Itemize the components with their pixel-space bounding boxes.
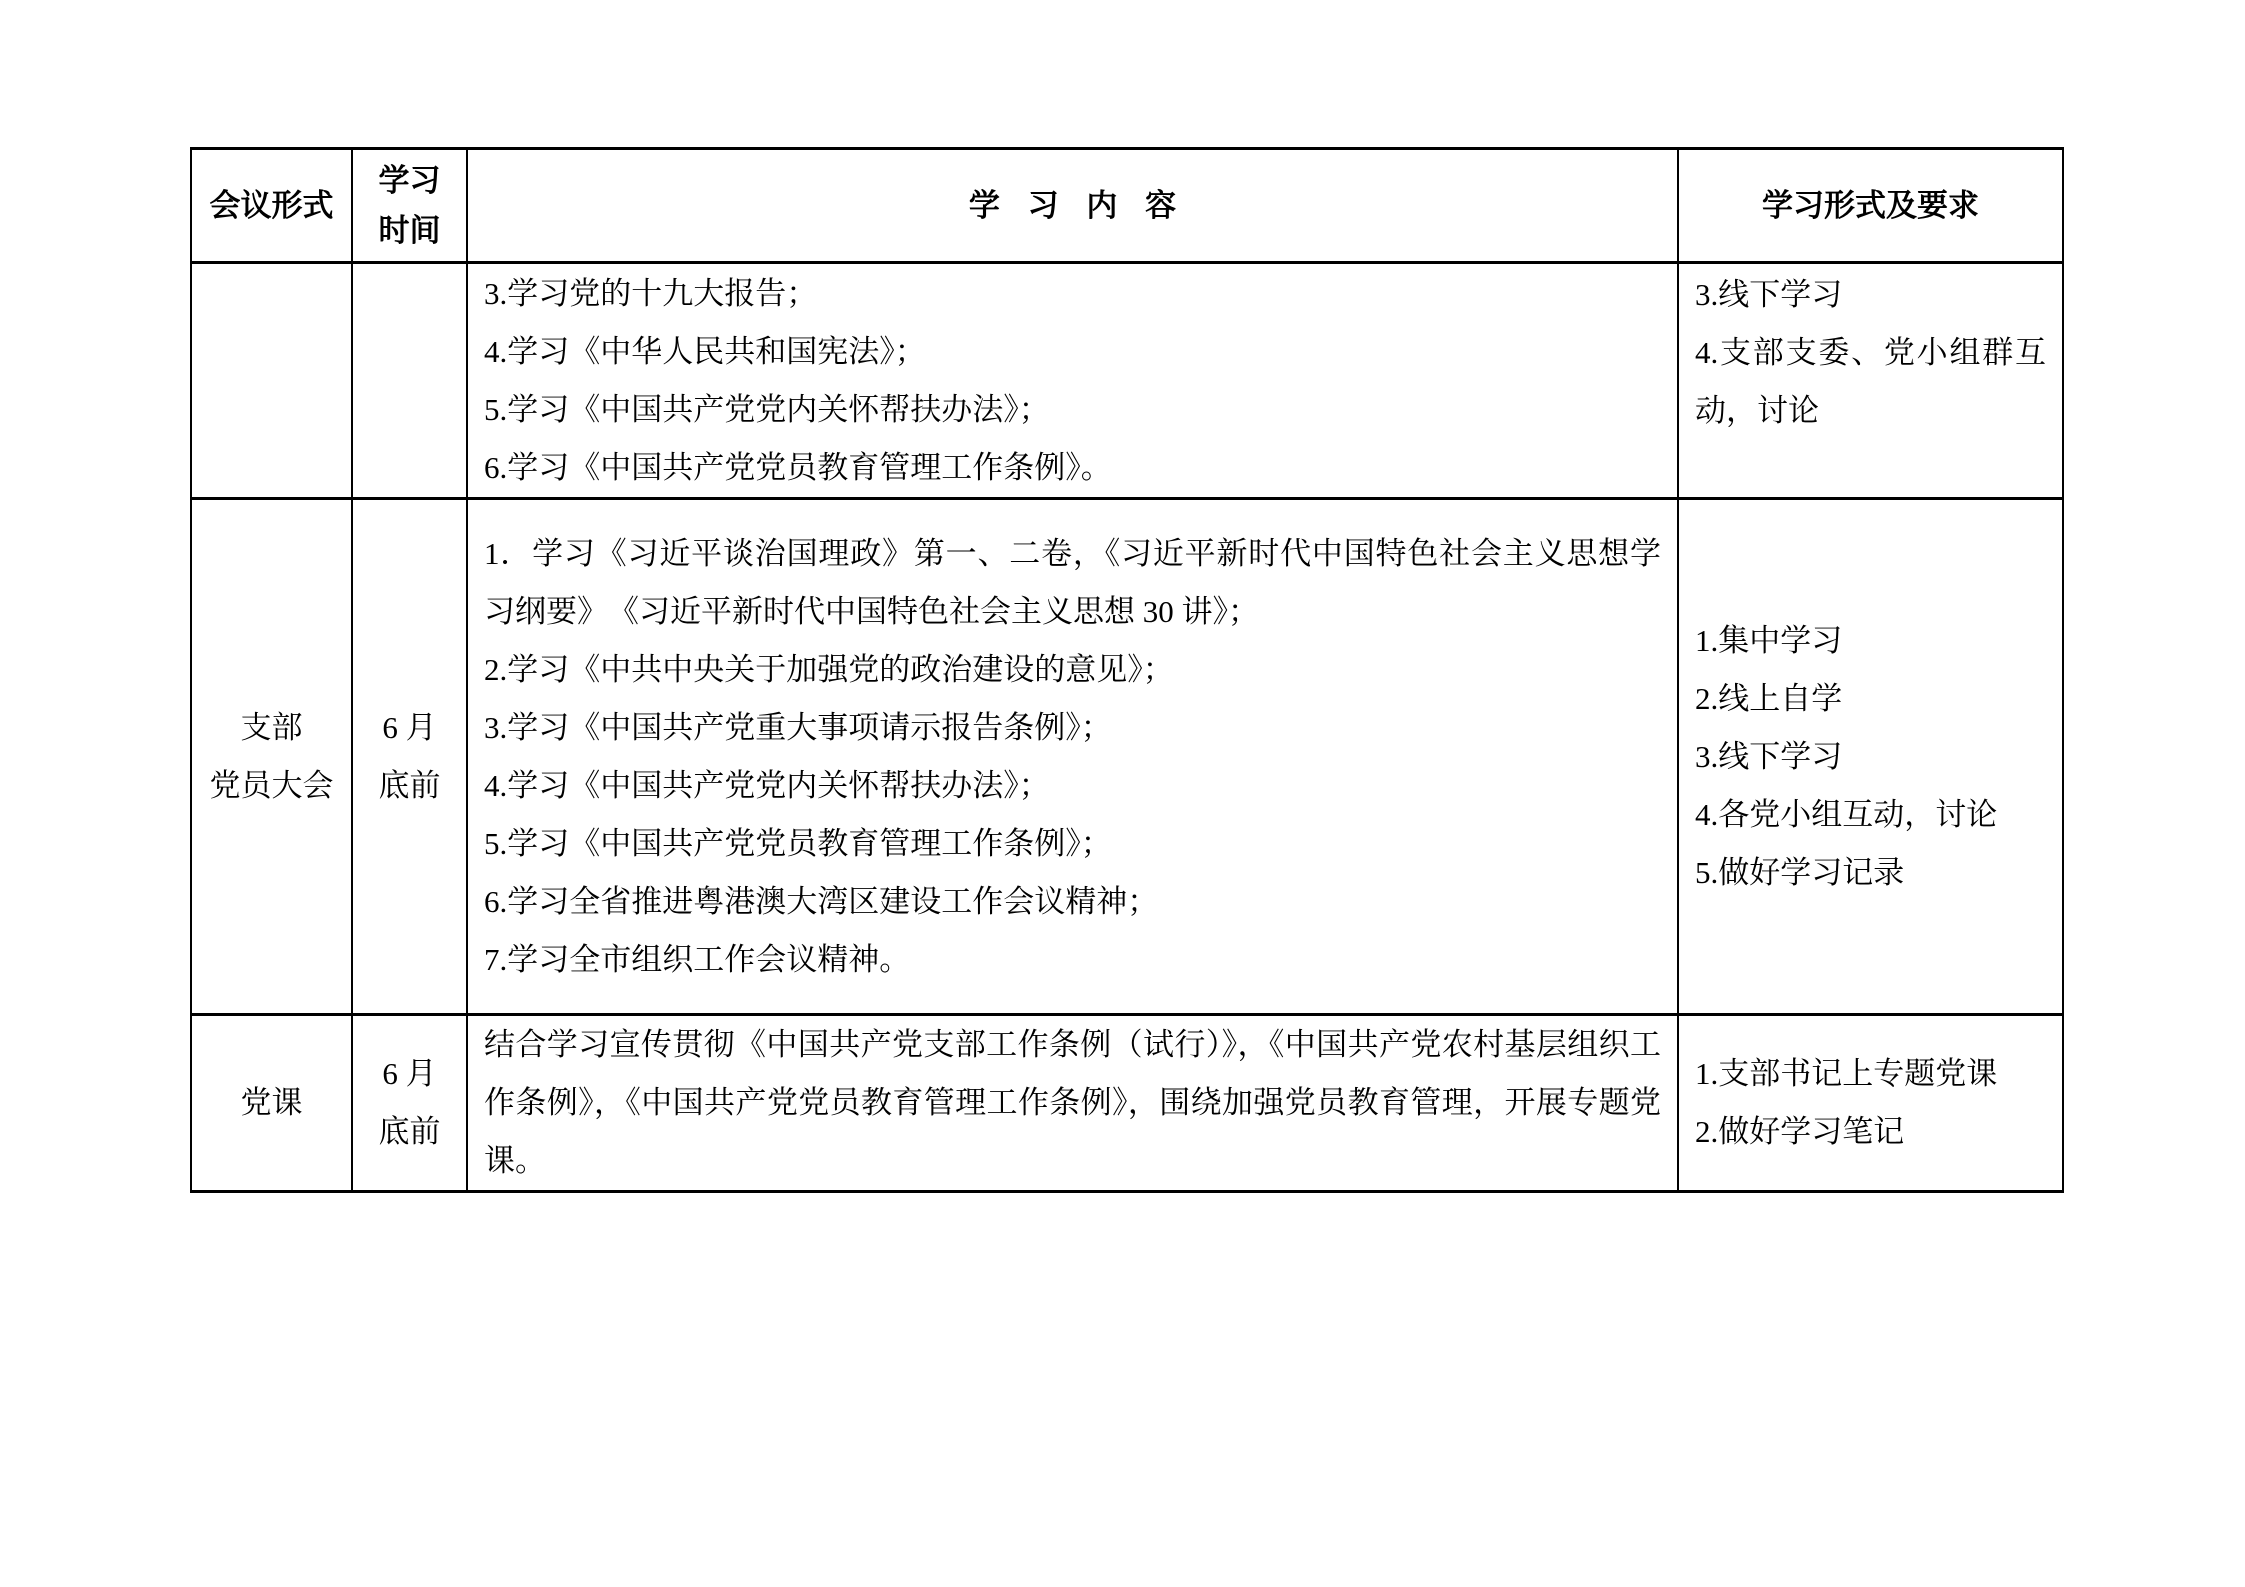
header-study-content: 学 习 内 容	[467, 149, 1678, 263]
requirement-item: 4.支部支委、党小组群互动，讨论	[1695, 324, 2046, 440]
row3-meeting-form-cell: 党课	[191, 1015, 352, 1192]
row2-meeting-form-cell: 支部 党员大会	[191, 499, 352, 1015]
row3-study-time-cell: 6 月 底前	[352, 1015, 467, 1192]
meeting-form-line: 支部	[192, 699, 351, 757]
content-item: 6.学习《中国共产党党员教育管理工作条例》。	[484, 439, 1661, 497]
table-header-row: 会议形式 学习 时间 学 习 内 容 学习形式及要求	[191, 149, 2063, 263]
requirement-item: 3.线下学习	[1695, 728, 2046, 786]
row1-study-time-cell	[352, 263, 467, 499]
row3-content-cell: 结合学习宣传贯彻《中国共产党支部工作条例（试行）》，《中国共产党农村基层组织工作…	[467, 1015, 1678, 1192]
study-time-line: 6 月	[353, 699, 466, 757]
study-time-line: 底前	[353, 1103, 466, 1161]
content-item: 1．学习《习近平谈治国理政》第一、二卷，《习近平新时代中国特色社会主义思想学习纲…	[484, 525, 1661, 641]
content-item: 7.学习全市组织工作会议精神。	[484, 931, 1661, 989]
content-item: 2.学习《中共中央关于加强党的政治建设的意见》；	[484, 641, 1661, 699]
row1-meeting-form-cell	[191, 263, 352, 499]
content-paragraph: 结合学习宣传贯彻《中国共产党支部工作条例（试行）》，《中国共产党农村基层组织工作…	[484, 1016, 1661, 1190]
study-time-line: 底前	[353, 757, 466, 815]
row1-content-cell: 3.学习党的十九大报告； 4.学习《中华人民共和国宪法》； 5.学习《中国共产党…	[467, 263, 1678, 499]
content-item: 4.学习《中国共产党党内关怀帮扶办法》；	[484, 757, 1661, 815]
content-item: 6.学习全省推进粤港澳大湾区建设工作会议精神；	[484, 873, 1661, 931]
requirement-item: 1.支部书记上专题党课	[1695, 1045, 2046, 1103]
header-meeting-form: 会议形式	[191, 149, 352, 263]
row2-requirements-cell: 1.集中学习 2.线上自学 3.线下学习 4.各党小组互动，讨论 5.做好学习记…	[1678, 499, 2063, 1015]
row2-content-cell: 1．学习《习近平谈治国理政》第一、二卷，《习近平新时代中国特色社会主义思想学习纲…	[467, 499, 1678, 1015]
header-study-requirements: 学习形式及要求	[1678, 149, 2063, 263]
table-row-branch-member-meeting: 支部 党员大会 6 月 底前 1．学习《习近平谈治国理政》第一、二卷，《习近平新…	[191, 499, 2063, 1015]
content-item: 5.学习《中国共产党党员教育管理工作条例》；	[484, 815, 1661, 873]
row3-requirements-cell: 1.支部书记上专题党课 2.做好学习笔记	[1678, 1015, 2063, 1192]
table-row-continued: 3.学习党的十九大报告； 4.学习《中华人民共和国宪法》； 5.学习《中国共产党…	[191, 263, 2063, 499]
content-item: 4.学习《中华人民共和国宪法》；	[484, 323, 1661, 381]
row2-study-time-cell: 6 月 底前	[352, 499, 467, 1015]
content-item: 3.学习《中国共产党重大事项请示报告条例》；	[484, 699, 1661, 757]
table-row-party-lecture: 党课 6 月 底前 结合学习宣传贯彻《中国共产党支部工作条例（试行）》，《中国共…	[191, 1015, 2063, 1192]
requirement-item: 4.各党小组互动，讨论	[1695, 786, 2046, 844]
content-item: 3.学习党的十九大报告；	[484, 265, 1661, 323]
requirement-item: 2.做好学习笔记	[1695, 1103, 2046, 1161]
document-page: 会议形式 学习 时间 学 习 内 容 学习形式及要求 3.学习党的十九大报告； …	[0, 0, 2245, 1587]
row1-requirements-cell: 3.线下学习 4.支部支委、党小组群互动，讨论	[1678, 263, 2063, 499]
header-study-time-line1: 学习	[353, 156, 466, 206]
requirement-item: 2.线上自学	[1695, 670, 2046, 728]
requirement-item: 1.集中学习	[1695, 612, 2046, 670]
header-study-time-line2: 时间	[353, 206, 466, 256]
meeting-form-line: 党员大会	[192, 757, 351, 815]
header-study-time: 学习 时间	[352, 149, 467, 263]
requirement-item: 5.做好学习记录	[1695, 844, 2046, 902]
meeting-form-line: 党课	[192, 1074, 351, 1132]
study-schedule-table: 会议形式 学习 时间 学 习 内 容 学习形式及要求 3.学习党的十九大报告； …	[190, 147, 2064, 1193]
study-time-line: 6 月	[353, 1045, 466, 1103]
content-item: 5.学习《中国共产党党内关怀帮扶办法》；	[484, 381, 1661, 439]
requirement-item: 3.线下学习	[1695, 266, 2046, 324]
